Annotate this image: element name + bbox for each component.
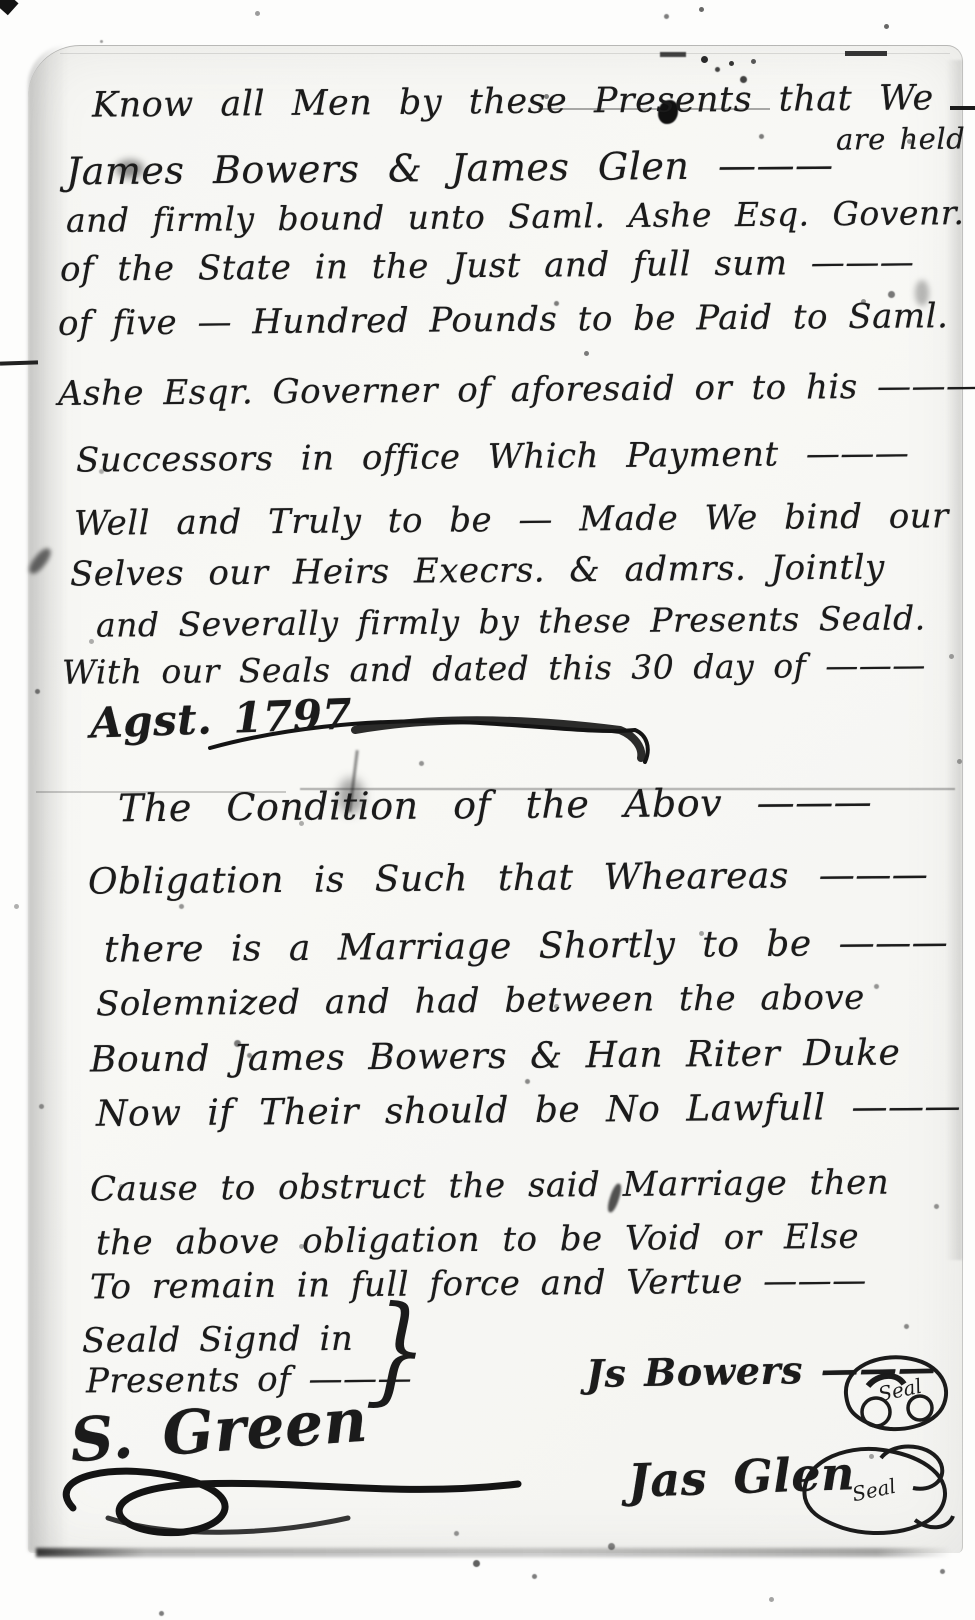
edge-dash xyxy=(845,51,887,56)
handwritten-line: there is a Marriage Shortly to be ——— xyxy=(104,922,948,970)
date-line: Agst. 1797 xyxy=(89,689,353,747)
handwritten-line: of the State in the Just and full sum ——… xyxy=(60,242,915,289)
handwritten-line: Selves our Heirs Execrs. & admrs. Jointl… xyxy=(70,547,885,594)
handwritten-line: Cause to obstruct the said Marriage then xyxy=(90,1163,889,1210)
handwritten-line: James Bowers & James Glen ——— xyxy=(66,143,834,194)
handwritten-line: and firmly bound unto Saml. Ashe Esq. Go… xyxy=(66,193,965,240)
handwritten-line: Successors in office Which Payment ——— xyxy=(76,433,910,480)
scanned-document: Know all Men by these Presents that We a… xyxy=(0,0,975,1620)
handwritten-line: Ashe Esqr. Governer of aforesaid or to h… xyxy=(58,366,975,414)
handwritten-line: Know all Men by these Presents that We xyxy=(92,78,934,125)
signature-jas-glen: Jas Glen xyxy=(627,1446,856,1508)
handwritten-line: With our Seals and dated this 30 day of … xyxy=(62,645,926,692)
handwritten-line: Now if Their should be No Lawfull ——— xyxy=(96,1086,961,1135)
handwritten-line: are held xyxy=(836,121,966,156)
edge-dash xyxy=(660,52,686,57)
corner-mark xyxy=(0,0,19,15)
handwritten-line: Well and Truly to be — Made We bind our xyxy=(74,496,949,544)
attestation-brace: } xyxy=(364,1279,431,1420)
handwritten-line: Obligation is Such that Wheareas ——— xyxy=(88,854,929,902)
handwritten-line: the above obligation to be Void or Else xyxy=(96,1217,859,1264)
ruled-guide-line xyxy=(60,53,950,54)
paper-right-edge xyxy=(946,60,962,1260)
handwritten-line: and Severally firmly by these Presents S… xyxy=(96,598,926,644)
handwritten-line: of five — Hundred Pounds to be Paid to S… xyxy=(58,296,949,344)
handwritten-line: Solemnized and had between the above xyxy=(96,978,865,1025)
handwritten-line: To remain in full force and Vertue ——— xyxy=(90,1261,867,1308)
handwritten-line: Seald Signd in xyxy=(82,1319,354,1361)
handwritten-line: The Condition of the Abov ——— xyxy=(118,780,873,831)
handwritten-line: Bound James Bowers & Han Riter Duke xyxy=(90,1032,901,1080)
edge-dash xyxy=(950,106,975,110)
